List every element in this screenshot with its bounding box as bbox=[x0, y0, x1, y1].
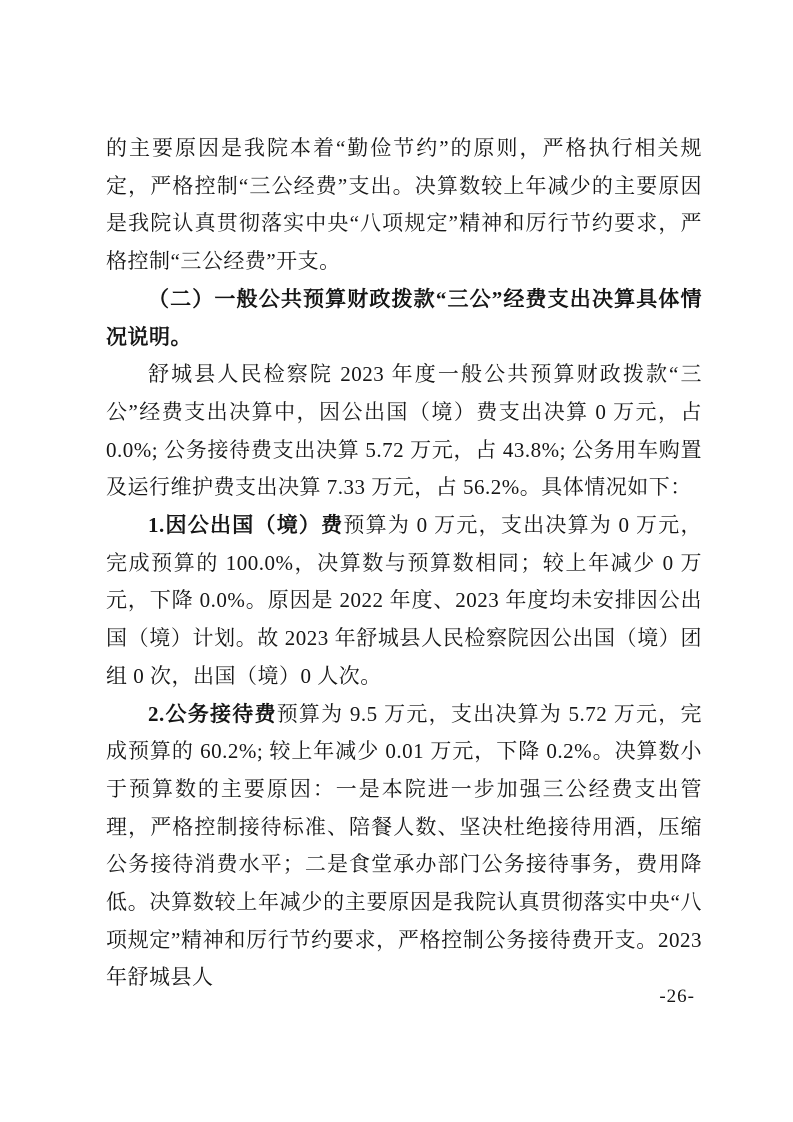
paragraph-item-1: 1.因公出国（境）费预算为 0 万元，支出决算为 0 万元，完成预算的 100.… bbox=[106, 507, 702, 696]
item-1-lead: 1.因公出国（境）费 bbox=[148, 513, 343, 537]
document-content: 的主要原因是我院本着“勤俭节约”的原则，严格执行相关规定，严格控制“三公经费”支… bbox=[106, 130, 702, 997]
paragraph-item-2: 2.公务接待费预算为 9.5 万元，支出决算为 5.72 万元，完成预算的 60… bbox=[106, 696, 702, 998]
page-number: -26- bbox=[659, 986, 695, 1008]
item-1-text: 预算为 0 万元，支出决算为 0 万元，完成预算的 100.0%，决算数与预算数… bbox=[106, 513, 702, 688]
section-heading: （二）一般公共预算财政拨款“三公”经费支出决算具体情况说明。 bbox=[106, 281, 702, 356]
item-2-lead: 2.公务接待费 bbox=[148, 702, 277, 726]
item-2-text: 预算为 9.5 万元，支出决算为 5.72 万元，完成预算的 60.2%; 较上… bbox=[106, 702, 702, 990]
paragraph-overview: 舒城县人民检察院 2023 年度一般公共预算财政拨款“三公”经费支出决算中，因公… bbox=[106, 356, 702, 507]
paragraph-continuation: 的主要原因是我院本着“勤俭节约”的原则，严格执行相关规定，严格控制“三公经费”支… bbox=[106, 130, 702, 281]
document-page: 的主要原因是我院本着“勤俭节约”的原则，严格执行相关规定，严格控制“三公经费”支… bbox=[0, 0, 793, 1122]
